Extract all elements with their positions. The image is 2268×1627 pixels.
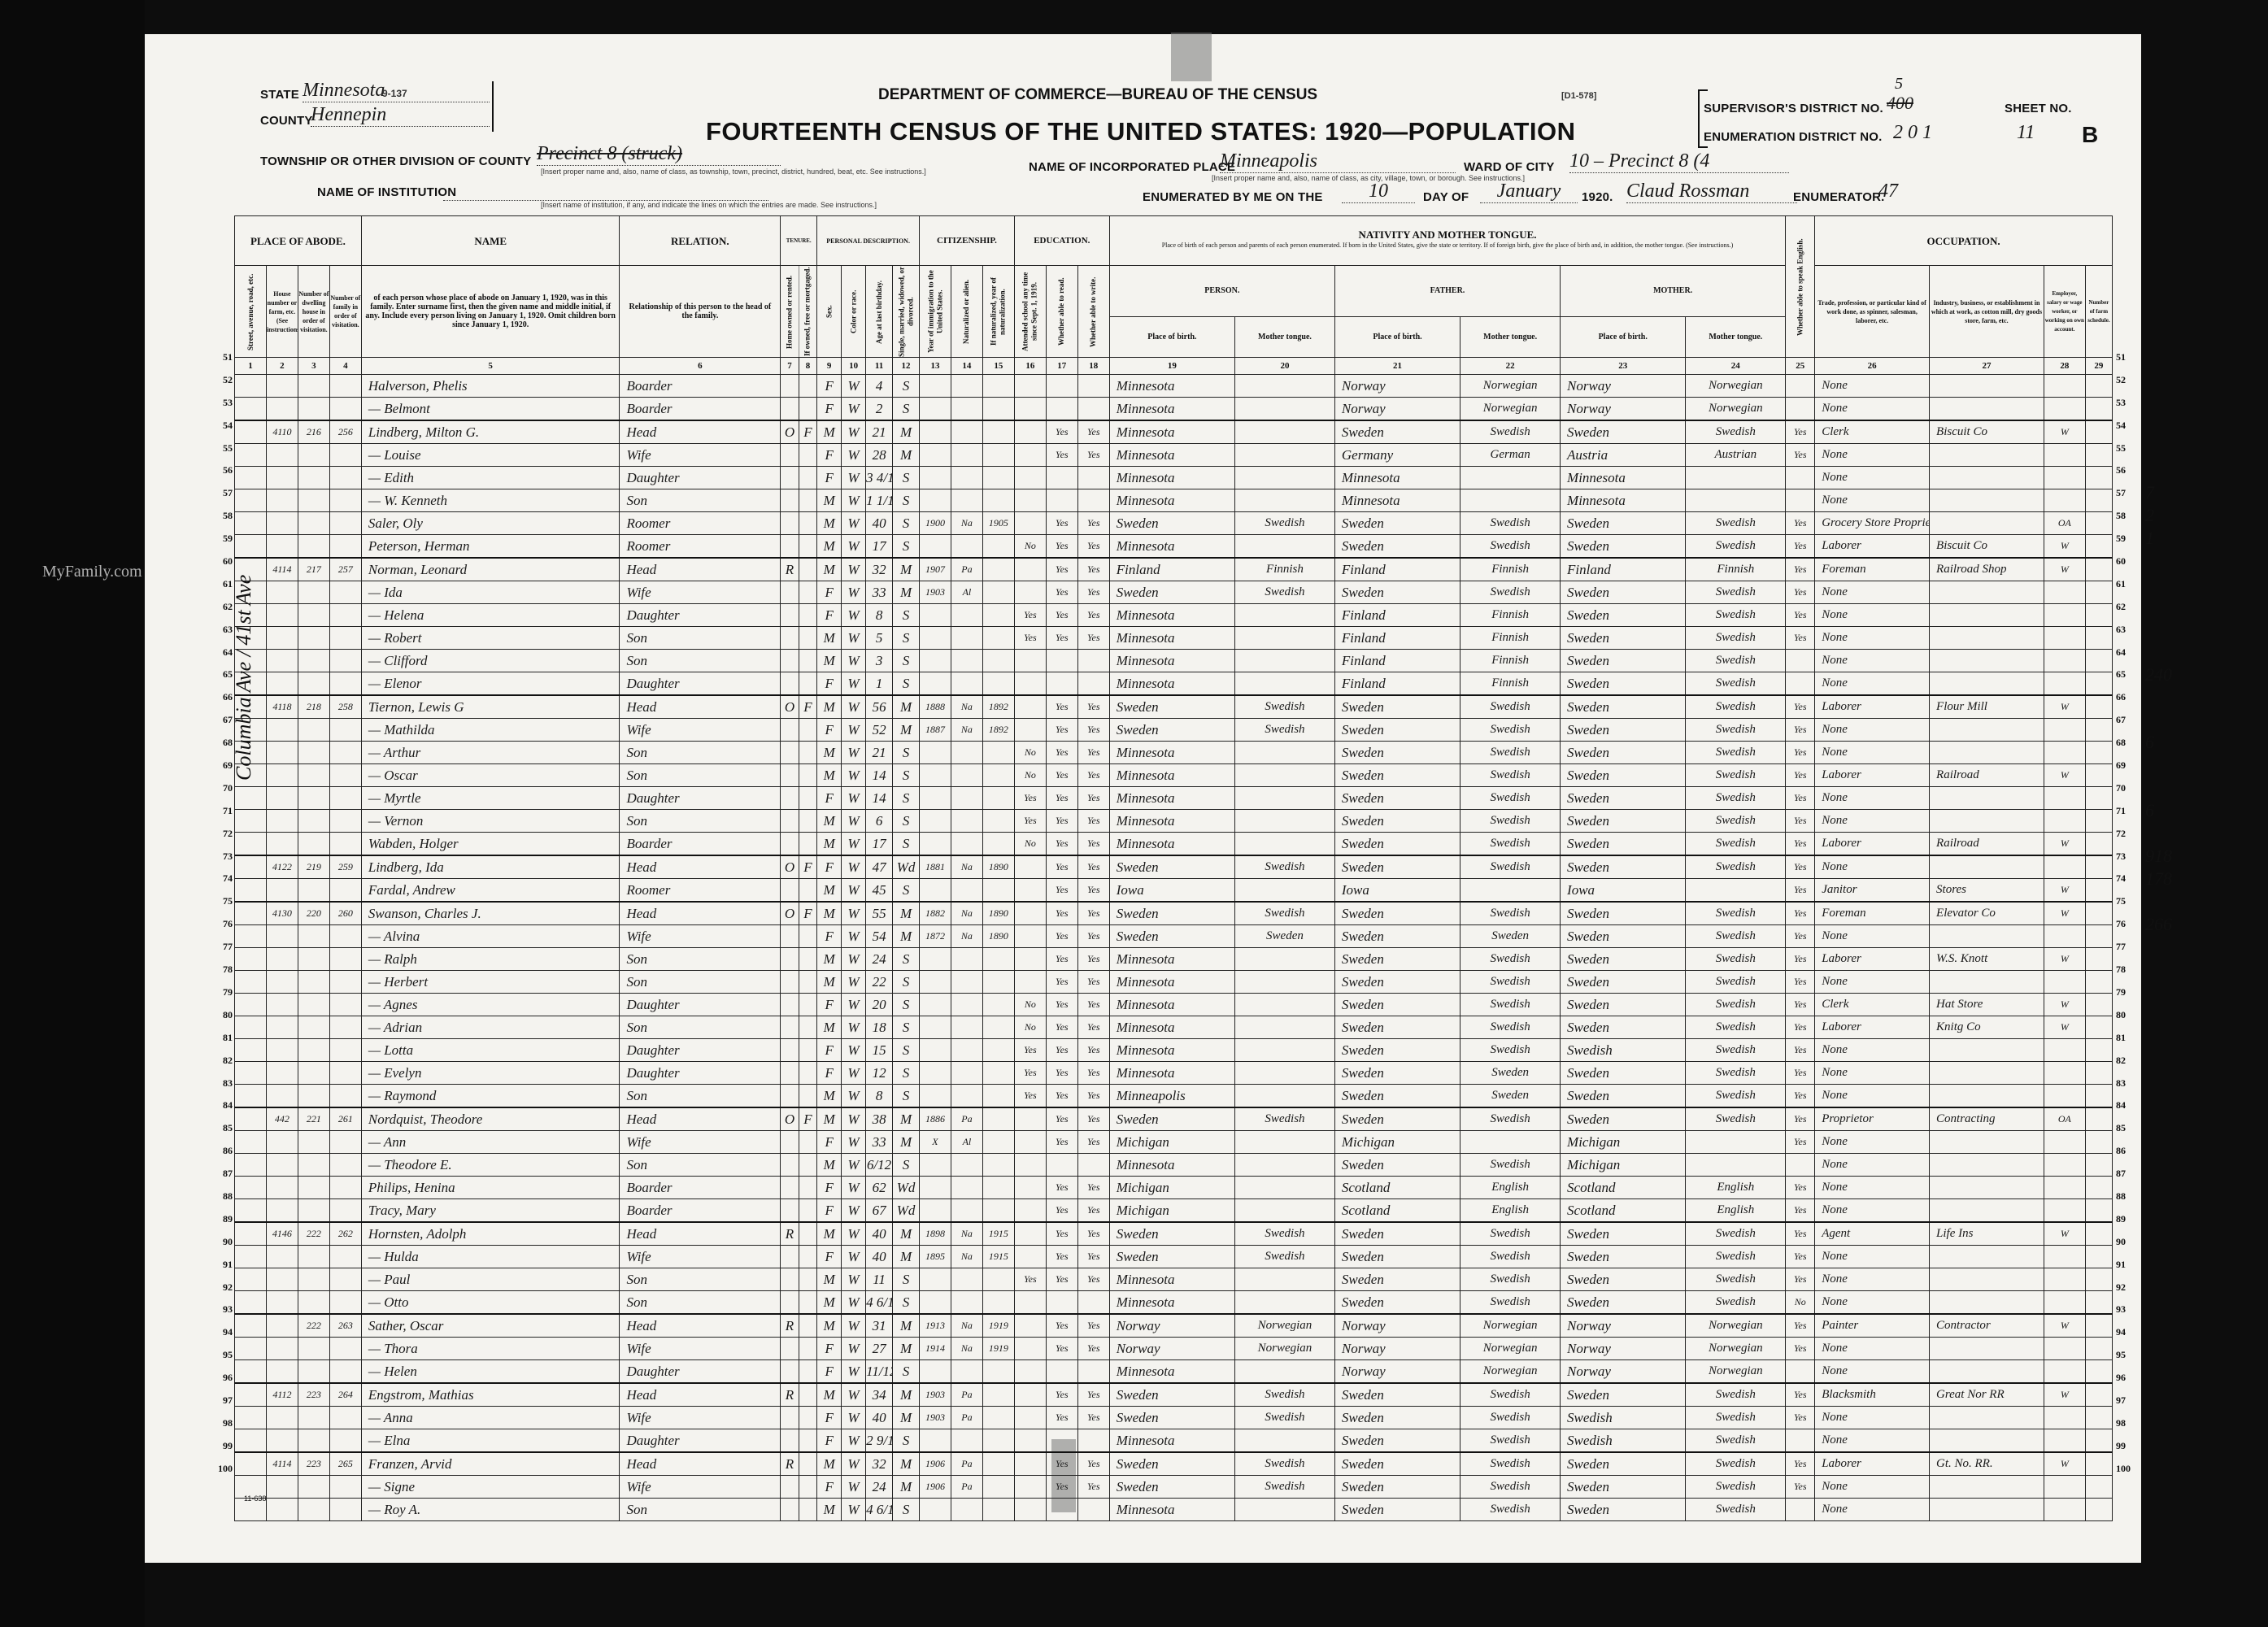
cell-owned: O bbox=[781, 1107, 799, 1131]
cell-farm bbox=[2085, 1107, 2112, 1131]
cell-sex: M bbox=[817, 902, 842, 925]
line-number: 81 bbox=[213, 1032, 233, 1055]
cell-write bbox=[1077, 1360, 1109, 1384]
cell-street bbox=[235, 810, 267, 833]
cell-farm bbox=[2085, 833, 2112, 856]
cell-employ bbox=[2044, 1177, 2085, 1199]
line-number: 100 bbox=[213, 1463, 233, 1486]
cell-sex: M bbox=[817, 1107, 842, 1131]
cell-read: Yes bbox=[1046, 833, 1077, 856]
cell-marital: S bbox=[893, 1154, 920, 1177]
cell-street bbox=[235, 1222, 267, 1246]
cell-write bbox=[1077, 650, 1109, 672]
film-border-left bbox=[0, 0, 145, 1627]
line-number: 81 bbox=[2116, 1032, 2137, 1055]
cell-family bbox=[329, 1154, 361, 1177]
cell-family bbox=[329, 375, 361, 398]
cell-nat: Pa bbox=[951, 1383, 982, 1407]
cell-industry bbox=[1930, 1199, 2044, 1223]
cell-relation: Head bbox=[620, 1107, 781, 1131]
cell-farm bbox=[2085, 1291, 2112, 1315]
cell-write bbox=[1077, 398, 1109, 421]
cell-read bbox=[1046, 650, 1077, 672]
cell-write: Yes bbox=[1077, 787, 1109, 810]
cell-m-pob: Scotland bbox=[1561, 1177, 1686, 1199]
cell-school bbox=[1014, 1154, 1046, 1177]
cell-industry bbox=[1930, 672, 2044, 696]
cell-race: W bbox=[842, 1429, 866, 1453]
cell-trade: Laborer bbox=[1815, 764, 1930, 787]
cell-farm bbox=[2085, 1131, 2112, 1154]
table-row: — HuldaWifeFW40M1895Na1915YesYesSwedenSw… bbox=[235, 1246, 2113, 1268]
cell-mortgage: F bbox=[799, 420, 816, 444]
margin-note: 7 bbox=[2145, 482, 2154, 503]
cell-race: W bbox=[842, 1452, 866, 1476]
cell-farm bbox=[2085, 581, 2112, 604]
cell-relation: Boarder bbox=[620, 833, 781, 856]
cell-f-tongue: Swedish bbox=[1460, 1107, 1561, 1131]
cell-trade: None bbox=[1815, 604, 1930, 627]
cell-marital: S bbox=[893, 489, 920, 512]
cell-nat bbox=[951, 994, 982, 1016]
cell-tongue: Swedish bbox=[1235, 1476, 1335, 1499]
cell-marital: S bbox=[893, 398, 920, 421]
cell-name: — Helen bbox=[361, 1360, 620, 1384]
cell-industry bbox=[1930, 719, 2044, 742]
cell-read: Yes bbox=[1046, 1107, 1077, 1131]
cell-m-tongue: Norwegian bbox=[1686, 1338, 1786, 1360]
cell-nat bbox=[951, 1177, 982, 1199]
cell-school: No bbox=[1014, 1016, 1046, 1039]
line-number: 88 bbox=[213, 1190, 233, 1213]
cell-immig: 1903 bbox=[920, 1383, 951, 1407]
cell-marital: S bbox=[893, 1062, 920, 1085]
cell-farm bbox=[2085, 948, 2112, 971]
cell-family bbox=[329, 1177, 361, 1199]
cell-m-pob: Sweden bbox=[1561, 1268, 1686, 1291]
county-label: COUNTY bbox=[260, 114, 313, 128]
cell-farm bbox=[2085, 855, 2112, 879]
line-number: 51 bbox=[213, 351, 233, 374]
cell-owned bbox=[781, 1199, 799, 1223]
cell-family bbox=[329, 1016, 361, 1039]
table-row: 4112223264Engstrom, MathiasHeadRMW34M190… bbox=[235, 1383, 2113, 1407]
cell-age: 55 bbox=[866, 902, 893, 925]
cell-relation: Wife bbox=[620, 1476, 781, 1499]
cell-relation: Head bbox=[620, 558, 781, 581]
col-13-header: Year of immigration to the United States… bbox=[920, 266, 951, 358]
cell-house: 442 bbox=[266, 1107, 298, 1131]
col-21-header: Place of birth. bbox=[1334, 316, 1460, 357]
cell-read bbox=[1046, 1499, 1077, 1521]
cell-write bbox=[1077, 467, 1109, 489]
cell-marital: M bbox=[893, 695, 920, 719]
cell-m-tongue: Swedish bbox=[1686, 695, 1786, 719]
group-tenure: TENURE. bbox=[781, 216, 817, 266]
cell-industry: Railroad bbox=[1930, 764, 2044, 787]
cell-family: 265 bbox=[329, 1452, 361, 1476]
table-row: 4114217257Norman, LeonardHeadRMW32M1907P… bbox=[235, 558, 2113, 581]
cell-write: Yes bbox=[1077, 535, 1109, 559]
cell-m-pob: Sweden bbox=[1561, 1291, 1686, 1315]
cell-mortgage bbox=[799, 627, 816, 650]
col-2-header: House number or farm, etc. (See instruct… bbox=[266, 266, 298, 358]
line-number: 78 bbox=[213, 964, 233, 986]
cell-owned: O bbox=[781, 902, 799, 925]
line-number: 98 bbox=[213, 1417, 233, 1440]
cell-mortgage bbox=[799, 764, 816, 787]
line-number: 51 bbox=[2116, 351, 2137, 374]
column-number: 4 bbox=[329, 358, 361, 375]
cell-dwelling bbox=[298, 604, 329, 627]
cell-f-pob: Sweden bbox=[1334, 1039, 1460, 1062]
cell-name: Hornsten, Adolph bbox=[361, 1222, 620, 1246]
cell-employ bbox=[2044, 1291, 2085, 1315]
cell-street bbox=[235, 1383, 267, 1407]
cell-age: 5 bbox=[866, 627, 893, 650]
cell-age: 33 bbox=[866, 1131, 893, 1154]
table-row: — AgnesDaughterFW20SNoYesYesMinnesotaSwe… bbox=[235, 994, 2113, 1016]
cell-sex: M bbox=[817, 742, 842, 764]
cell-f-tongue: Swedish bbox=[1460, 971, 1561, 994]
cell-natyear: 1890 bbox=[982, 902, 1014, 925]
line-number: 89 bbox=[2116, 1213, 2137, 1236]
cell-marital: S bbox=[893, 1039, 920, 1062]
line-number: 66 bbox=[213, 691, 233, 714]
cell-f-tongue: Swedish bbox=[1460, 1268, 1561, 1291]
cell-relation: Head bbox=[620, 695, 781, 719]
cell-m-tongue: Swedish bbox=[1686, 1476, 1786, 1499]
line-number: 74 bbox=[213, 872, 233, 895]
cell-m-tongue: Norwegian bbox=[1686, 375, 1786, 398]
cell-school bbox=[1014, 558, 1046, 581]
cell-read: Yes bbox=[1046, 1085, 1077, 1108]
cell-m-tongue: Swedish bbox=[1686, 833, 1786, 856]
cell-trade: None bbox=[1815, 375, 1930, 398]
cell-m-pob: Swedish bbox=[1561, 1407, 1686, 1429]
cell-street bbox=[235, 1039, 267, 1062]
ward-label: WARD OF CITY bbox=[1464, 160, 1555, 174]
cell-write: Yes bbox=[1077, 810, 1109, 833]
cell-dwelling bbox=[298, 1154, 329, 1177]
cell-street bbox=[235, 1062, 267, 1085]
cell-marital: M bbox=[893, 1222, 920, 1246]
cell-nat: Pa bbox=[951, 558, 982, 581]
cell-trade: Grocery Store Proprietor bbox=[1815, 512, 1930, 535]
cell-m-tongue: Swedish bbox=[1686, 627, 1786, 650]
cell-name: — Edith bbox=[361, 467, 620, 489]
cell-read: Yes bbox=[1046, 994, 1077, 1016]
cell-english: Yes bbox=[1786, 604, 1815, 627]
cell-trade: None bbox=[1815, 1499, 1930, 1521]
cell-sex: M bbox=[817, 1222, 842, 1246]
cell-age: 34 bbox=[866, 1383, 893, 1407]
line-number: 90 bbox=[2116, 1236, 2137, 1259]
cell-english: Yes bbox=[1786, 1016, 1815, 1039]
cell-family bbox=[329, 627, 361, 650]
cell-f-tongue: Norwegian bbox=[1460, 375, 1561, 398]
cell-house bbox=[266, 1177, 298, 1199]
cell-f-tongue: Swedish bbox=[1460, 1291, 1561, 1315]
column-number: 6 bbox=[620, 358, 781, 375]
cell-m-tongue: Swedish bbox=[1686, 810, 1786, 833]
margin-note: 6 bbox=[2145, 800, 2154, 821]
cell-industry bbox=[1930, 1062, 2044, 1085]
cell-school: Yes bbox=[1014, 1268, 1046, 1291]
cell-race: W bbox=[842, 627, 866, 650]
cell-name: Lindberg, Milton G. bbox=[361, 420, 620, 444]
cell-english: Yes bbox=[1786, 1246, 1815, 1268]
col-17-header: Whether able to read. bbox=[1046, 266, 1077, 358]
cell-name: — Robert bbox=[361, 627, 620, 650]
cell-street bbox=[235, 1291, 267, 1315]
cell-natyear bbox=[982, 1131, 1014, 1154]
cell-house bbox=[266, 1085, 298, 1108]
cell-tongue bbox=[1235, 1360, 1335, 1384]
cell-owned bbox=[781, 1085, 799, 1108]
cell-relation: Head bbox=[620, 1222, 781, 1246]
cell-english: Yes bbox=[1786, 764, 1815, 787]
cell-relation: Wife bbox=[620, 581, 781, 604]
cell-mortgage: F bbox=[799, 695, 816, 719]
cell-owned bbox=[781, 994, 799, 1016]
margin-note: 266 bbox=[2145, 914, 2172, 935]
cell-name: — Helena bbox=[361, 604, 620, 627]
cell-sex: F bbox=[817, 1338, 842, 1360]
cell-school: Yes bbox=[1014, 604, 1046, 627]
margin-note: 240 bbox=[2145, 664, 2172, 685]
cell-sex: F bbox=[817, 719, 842, 742]
cell-natyear: 1905 bbox=[982, 512, 1014, 535]
cell-age: 11/12 bbox=[866, 1360, 893, 1384]
cell-m-tongue: Swedish bbox=[1686, 764, 1786, 787]
cell-farm bbox=[2085, 398, 2112, 421]
incorporated-place-label: NAME OF INCORPORATED PLACE bbox=[1029, 160, 1235, 174]
column-number: 28 bbox=[2044, 358, 2085, 375]
cell-employ bbox=[2044, 1199, 2085, 1223]
cell-natyear bbox=[982, 1383, 1014, 1407]
cell-immig: 1914 bbox=[920, 1338, 951, 1360]
line-number: 58 bbox=[2116, 510, 2137, 533]
cell-tongue bbox=[1235, 489, 1335, 512]
cell-nat bbox=[951, 604, 982, 627]
cell-mortgage bbox=[799, 1177, 816, 1199]
subgroup-father: FATHER. bbox=[1334, 266, 1560, 317]
cell-mortgage bbox=[799, 742, 816, 764]
cell-marital: M bbox=[893, 719, 920, 742]
cell-owned bbox=[781, 1016, 799, 1039]
line-number: 87 bbox=[213, 1168, 233, 1190]
cell-family bbox=[329, 1268, 361, 1291]
cell-trade: Clerk bbox=[1815, 994, 1930, 1016]
line-number: 72 bbox=[2116, 828, 2137, 850]
cell-tongue bbox=[1235, 994, 1335, 1016]
line-number: 55 bbox=[2116, 442, 2137, 465]
cell-m-tongue: Swedish bbox=[1686, 1016, 1786, 1039]
col-24-header: Mother tongue. bbox=[1686, 316, 1786, 357]
cell-employ: W bbox=[2044, 1016, 2085, 1039]
cell-english: Yes bbox=[1786, 719, 1815, 742]
cell-f-pob: Sweden bbox=[1334, 581, 1460, 604]
cell-f-pob: Sweden bbox=[1334, 925, 1460, 948]
cell-race: W bbox=[842, 512, 866, 535]
cell-english bbox=[1786, 1499, 1815, 1521]
cell-trade: Foreman bbox=[1815, 558, 1930, 581]
cell-industry bbox=[1930, 971, 2044, 994]
cell-industry: Biscuit Co bbox=[1930, 420, 2044, 444]
cell-school bbox=[1014, 1338, 1046, 1360]
cell-name: — Anna bbox=[361, 1407, 620, 1429]
cell-m-pob: Sweden bbox=[1561, 1499, 1686, 1521]
cell-marital: M bbox=[893, 1476, 920, 1499]
cell-write: Yes bbox=[1077, 719, 1109, 742]
group-occupation: OCCUPATION. bbox=[1815, 216, 2113, 266]
cell-farm bbox=[2085, 444, 2112, 467]
line-number: 68 bbox=[2116, 737, 2137, 759]
cell-m-tongue: Swedish bbox=[1686, 672, 1786, 696]
table-row: Peterson, HermanRoomerMW17SNoYesYesMinne… bbox=[235, 535, 2113, 559]
cell-nat bbox=[951, 1291, 982, 1315]
cell-owned bbox=[781, 398, 799, 421]
cell-house bbox=[266, 375, 298, 398]
table-row: — AdrianSonMW18SNoYesYesMinnesotaSwedenS… bbox=[235, 1016, 2113, 1039]
cell-read bbox=[1046, 1429, 1077, 1453]
cell-relation: Son bbox=[620, 971, 781, 994]
cell-tongue: Swedish bbox=[1235, 1452, 1335, 1476]
cell-natyear bbox=[982, 375, 1014, 398]
cell-f-tongue: English bbox=[1460, 1199, 1561, 1223]
cell-pob: Minnesota bbox=[1109, 1360, 1234, 1384]
cell-tongue: Swedish bbox=[1235, 581, 1335, 604]
cell-trade: Janitor bbox=[1815, 879, 1930, 903]
cell-immig bbox=[920, 1177, 951, 1199]
cell-name: — Raymond bbox=[361, 1085, 620, 1108]
cell-natyear bbox=[982, 489, 1014, 512]
cell-industry: Hat Store bbox=[1930, 994, 2044, 1016]
group-relation: RELATION. bbox=[620, 216, 781, 266]
cell-marital: M bbox=[893, 1246, 920, 1268]
cell-dwelling bbox=[298, 764, 329, 787]
cell-write: Yes bbox=[1077, 558, 1109, 581]
cell-dwelling bbox=[298, 1407, 329, 1429]
cell-natyear bbox=[982, 971, 1014, 994]
cell-house bbox=[266, 1338, 298, 1360]
line-number: 61 bbox=[2116, 578, 2137, 601]
cell-house bbox=[266, 1246, 298, 1268]
cell-owned bbox=[781, 1154, 799, 1177]
cell-marital: M bbox=[893, 1314, 920, 1338]
cell-race: W bbox=[842, 1085, 866, 1108]
cell-age: 24 bbox=[866, 948, 893, 971]
cell-marital: M bbox=[893, 581, 920, 604]
enumerator-name: Claud Rossman bbox=[1626, 181, 1797, 203]
cell-race: W bbox=[842, 467, 866, 489]
cell-street bbox=[235, 535, 267, 559]
cell-write bbox=[1077, 375, 1109, 398]
cell-school: No bbox=[1014, 742, 1046, 764]
cell-english bbox=[1786, 375, 1815, 398]
table-row: 4146222262Hornsten, AdolphHeadRMW40M1898… bbox=[235, 1222, 2113, 1246]
cell-tongue bbox=[1235, 1131, 1335, 1154]
cell-f-pob: Sweden bbox=[1334, 1222, 1460, 1246]
cell-f-tongue: Swedish bbox=[1460, 1383, 1561, 1407]
cell-natyear bbox=[982, 879, 1014, 903]
institution-value bbox=[443, 181, 768, 201]
cell-race: W bbox=[842, 1016, 866, 1039]
cell-race: W bbox=[842, 672, 866, 696]
cell-write bbox=[1077, 1291, 1109, 1315]
cell-write: Yes bbox=[1077, 1177, 1109, 1199]
cell-race: W bbox=[842, 1222, 866, 1246]
cell-trade: None bbox=[1815, 855, 1930, 879]
cell-family bbox=[329, 1246, 361, 1268]
cell-relation: Son bbox=[620, 1016, 781, 1039]
cell-read bbox=[1046, 489, 1077, 512]
cell-family: 260 bbox=[329, 902, 361, 925]
cell-street bbox=[235, 1177, 267, 1199]
column-number: 12 bbox=[893, 358, 920, 375]
cell-age: 40 bbox=[866, 1407, 893, 1429]
cell-m-pob: Swedish bbox=[1561, 1429, 1686, 1453]
cell-m-pob: Sweden bbox=[1561, 902, 1686, 925]
cell-name: — Elenor bbox=[361, 672, 620, 696]
cell-race: W bbox=[842, 833, 866, 856]
cell-house bbox=[266, 650, 298, 672]
line-number: 95 bbox=[213, 1349, 233, 1372]
county-value: Hennepin bbox=[311, 104, 490, 127]
col-15-header: If naturalized, year of naturalization. bbox=[982, 266, 1014, 358]
table-row: — AnnWifeFW33MXAlYesYesMichiganMichiganM… bbox=[235, 1131, 2113, 1154]
cell-m-tongue: Swedish bbox=[1686, 1246, 1786, 1268]
cell-relation: Roomer bbox=[620, 512, 781, 535]
cell-natyear bbox=[982, 1085, 1014, 1108]
cell-immig bbox=[920, 1429, 951, 1453]
cell-m-pob: Sweden bbox=[1561, 948, 1686, 971]
cell-f-pob: Sweden bbox=[1334, 719, 1460, 742]
cell-house: 4110 bbox=[266, 420, 298, 444]
cell-family bbox=[329, 1039, 361, 1062]
cell-natyear: 1919 bbox=[982, 1314, 1014, 1338]
cell-sex: M bbox=[817, 971, 842, 994]
group-education: EDUCATION. bbox=[1014, 216, 1109, 266]
col-5-header: of each person whose place of abode on J… bbox=[361, 266, 620, 358]
cell-house bbox=[266, 444, 298, 467]
cell-immig bbox=[920, 672, 951, 696]
cell-write: Yes bbox=[1077, 604, 1109, 627]
cell-relation: Head bbox=[620, 855, 781, 879]
cell-farm bbox=[2085, 764, 2112, 787]
cell-name: — Myrtle bbox=[361, 787, 620, 810]
cell-f-pob: Sweden bbox=[1334, 1154, 1460, 1177]
cell-employ bbox=[2044, 810, 2085, 833]
cell-dwelling bbox=[298, 925, 329, 948]
cell-natyear bbox=[982, 810, 1014, 833]
cell-tongue bbox=[1235, 1268, 1335, 1291]
cell-marital: S bbox=[893, 650, 920, 672]
cell-trade: None bbox=[1815, 1177, 1930, 1199]
cell-owned bbox=[781, 948, 799, 971]
cell-write: Yes bbox=[1077, 581, 1109, 604]
cell-age: 32 bbox=[866, 1452, 893, 1476]
cell-owned bbox=[781, 650, 799, 672]
cell-natyear bbox=[982, 1499, 1014, 1521]
cell-nat bbox=[951, 787, 982, 810]
cell-mortgage bbox=[799, 1039, 816, 1062]
cell-sex: M bbox=[817, 948, 842, 971]
cell-owned bbox=[781, 604, 799, 627]
cell-name: — Louise bbox=[361, 444, 620, 467]
cell-race: W bbox=[842, 695, 866, 719]
